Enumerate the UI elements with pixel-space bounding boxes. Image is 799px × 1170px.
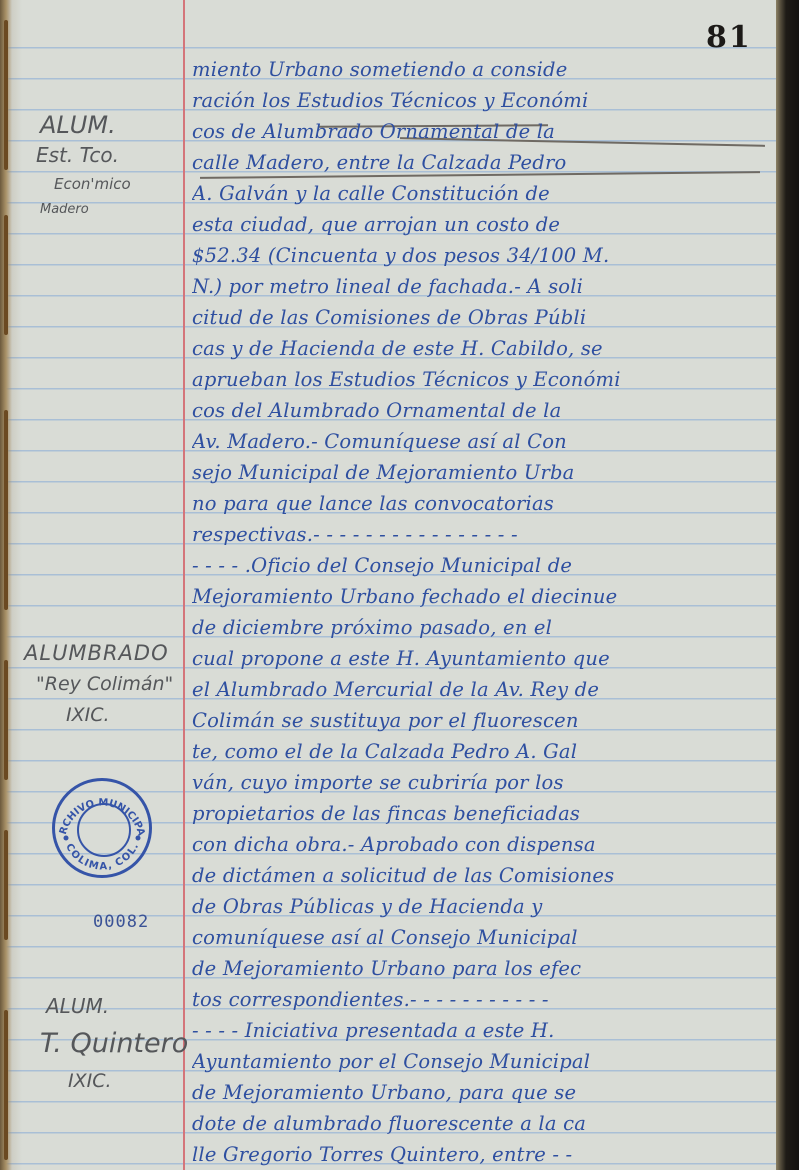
stamp-star-icon xyxy=(64,836,69,841)
body-line: tos correspondientes.- - - - - - - - - -… xyxy=(192,984,772,1015)
svg-text:COLIMA, COL.: COLIMA, COL. xyxy=(63,842,141,873)
body-line: cos del Alumbrado Ornamental de la xyxy=(192,395,772,426)
svg-text:ARCHIVO MUNICIPAL: ARCHIVO MUNICIPAL xyxy=(52,778,146,837)
body-line: lle Gregorio Torres Quintero, entre - - xyxy=(192,1139,772,1170)
body-line: de Mejoramiento Urbano, para que se xyxy=(192,1077,772,1108)
body-line: $52.34 (Cincuenta y dos pesos 34/100 M. xyxy=(192,240,772,271)
margin-note-line: Est. Tco. xyxy=(22,140,182,170)
body-line: de Obras Públicas y de Hacienda y xyxy=(192,891,772,922)
body-line: comuníquese así al Consejo Municipal xyxy=(192,922,772,953)
binding-stitch xyxy=(4,20,8,170)
body-line: aprueban los Estudios Técnicos y Económi xyxy=(192,364,772,395)
margin-note-alumbrado-madero: ALUM. Est. Tco. Econ'mico Madero xyxy=(22,110,182,222)
margin-note-line: T. Quintero xyxy=(22,1022,182,1066)
body-line: ración los Estudios Técnicos y Económi xyxy=(192,85,772,116)
body-line: de Mejoramiento Urbano para los efec xyxy=(192,953,772,984)
body-line: ván, cuyo importe se cubriría por los xyxy=(192,767,772,798)
margin-rule xyxy=(183,0,185,1170)
margin-note-line: Madero xyxy=(22,198,182,222)
binding-stitch xyxy=(4,215,8,335)
margin-note-alumbrado-rey-coliman: ALUMBRADO "Rey Colimán" IXIC. xyxy=(22,638,182,730)
binding-stitch xyxy=(4,1010,8,1160)
body-line: de diciembre próximo pasado, en el xyxy=(192,612,772,643)
body-line: respectivas.- - - - - - - - - - - - - - … xyxy=(192,519,772,550)
margin-note-line: IXIC. xyxy=(22,1066,182,1096)
binding-stitch xyxy=(4,410,8,610)
body-line: calle Madero, entre la Calzada Pedro xyxy=(192,147,772,178)
binding-stitch xyxy=(4,660,8,780)
stamp-text-ring: ARCHIVO MUNICIPAL COLIMA, COL. xyxy=(52,778,152,878)
archivo-municipal-stamp: ARCHIVO MUNICIPAL COLIMA, COL. xyxy=(52,778,152,878)
ledger-page: 81 miento Urbano sometiendo a conside ra… xyxy=(0,0,778,1170)
margin-note-line: "Rey Colimán" xyxy=(22,668,182,700)
body-line: con dicha obra.- Aprobado con dispensa xyxy=(192,829,772,860)
body-line: no para que lance las convocatorias xyxy=(192,488,772,519)
body-line: cual propone a este H. Ayuntamiento que xyxy=(192,643,772,674)
body-line: propietarios de las fincas beneficiadas xyxy=(192,798,772,829)
margin-note-line: Econ'mico xyxy=(22,170,182,198)
body-line: sejo Municipal de Mejoramiento Urba xyxy=(192,457,772,488)
stamp-star-icon xyxy=(136,836,141,841)
body-line: Av. Madero.- Comuníquese así al Con xyxy=(192,426,772,457)
margin-note-alumbrado-quintero: ALUM. T. Quintero IXIC. xyxy=(22,990,182,1096)
body-line: Mejoramiento Urbano fechado el diecinue xyxy=(192,581,772,612)
stamp-top-text: ARCHIVO MUNICIPAL xyxy=(52,778,146,837)
body-line: Ayuntamiento por el Consejo Municipal xyxy=(192,1046,772,1077)
body-line: - - - - .Oficio del Consejo Municipal de xyxy=(192,550,772,581)
body-line: Colimán se sustituya por el fluorescen xyxy=(192,705,772,736)
book-edge xyxy=(776,0,799,1170)
margin-note-line: IXIC. xyxy=(22,700,182,730)
margin-note-line: ALUMBRADO xyxy=(22,638,182,668)
archive-number: 00082 xyxy=(93,912,149,932)
handwritten-body: miento Urbano sometiendo a conside ració… xyxy=(192,54,772,1170)
binding-stitch xyxy=(4,830,8,940)
body-line: de dictámen a solicitud de las Comisione… xyxy=(192,860,772,891)
margin-note-line: ALUM. xyxy=(22,110,182,140)
body-line: A. Galván y la calle Constitución de xyxy=(192,178,772,209)
page-number: 81 xyxy=(706,20,752,55)
body-line: cas y de Hacienda de este H. Cabildo, se xyxy=(192,333,772,364)
body-line: esta ciudad, que arrojan un costo de xyxy=(192,209,772,240)
body-line: te, como el de la Calzada Pedro A. Gal xyxy=(192,736,772,767)
body-line: el Alumbrado Mercurial de la Av. Rey de xyxy=(192,674,772,705)
body-line: cos de Alumbrado Ornamental de la xyxy=(192,116,772,147)
body-line: dote de alumbrado fluorescente a la ca xyxy=(192,1108,772,1139)
body-line: citud de las Comisiones de Obras Públi xyxy=(192,302,772,333)
body-line: - - - - Iniciativa presentada a este H. xyxy=(192,1015,772,1046)
margin-note-line: ALUM. xyxy=(22,990,182,1022)
stamp-bottom-text: COLIMA, COL. xyxy=(63,842,141,873)
body-line: miento Urbano sometiendo a conside xyxy=(192,54,772,85)
body-line: N.) por metro lineal de fachada.- A soli xyxy=(192,271,772,302)
